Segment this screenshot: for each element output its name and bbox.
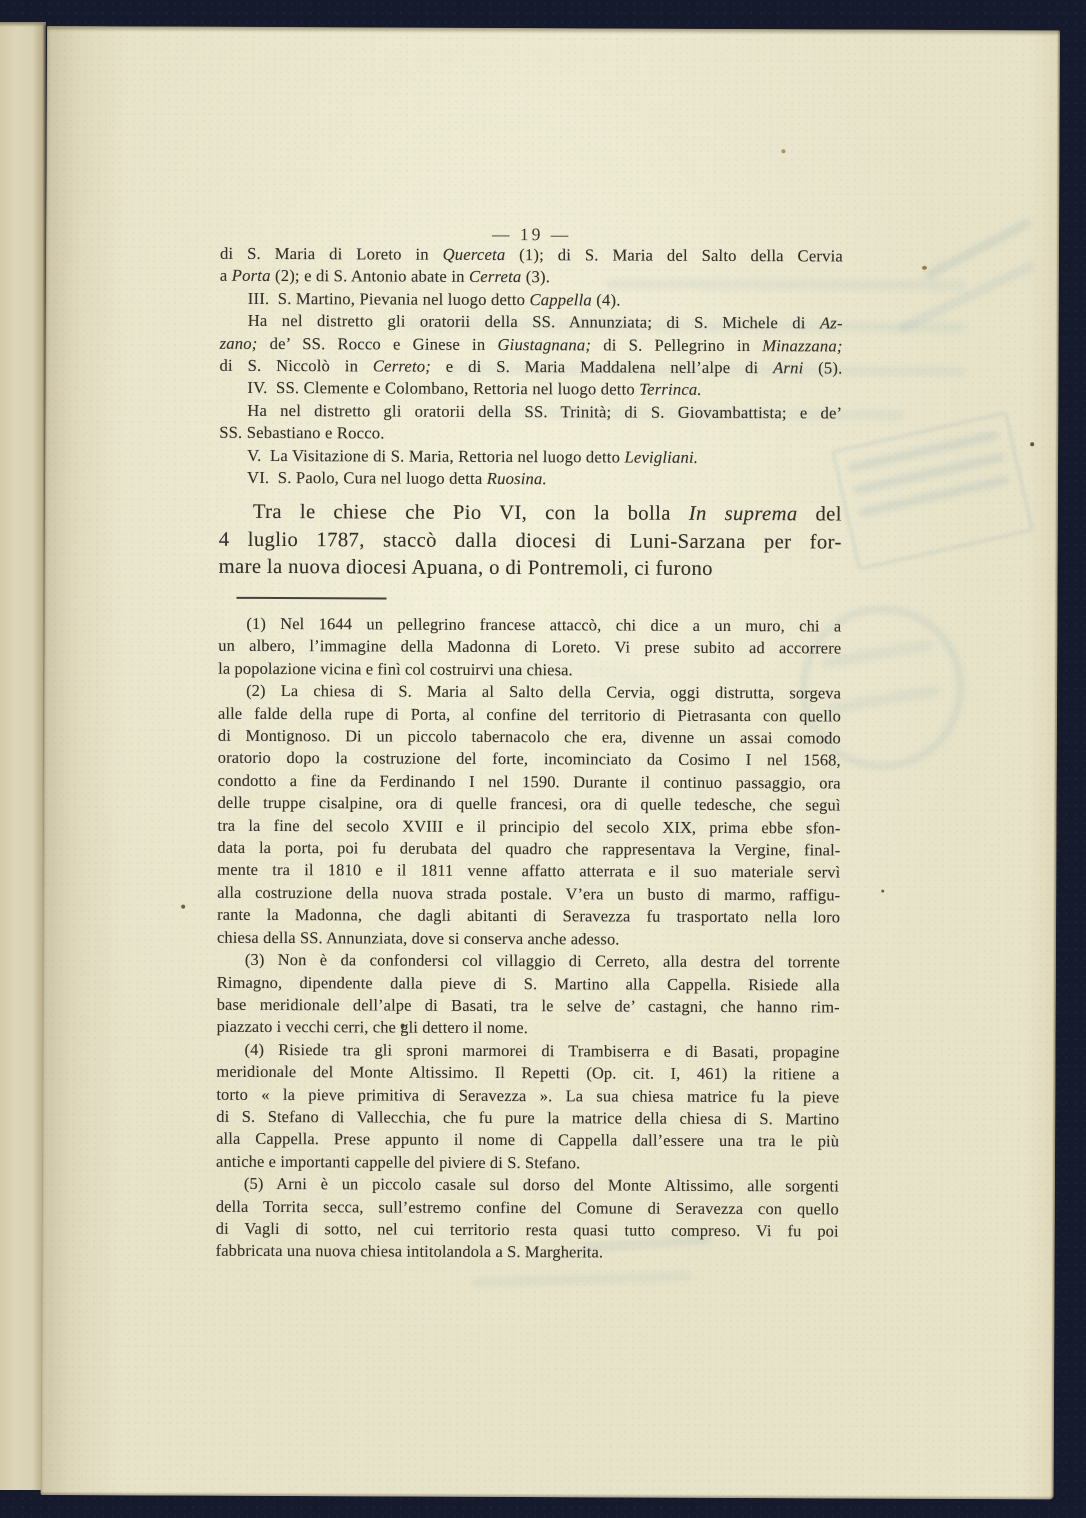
text-line: oratorio dopo la costruzione del forte, … — [218, 747, 841, 772]
scanned-book-photo: { "page": { "number": "— 19 —" }, "color… — [0, 0, 1086, 1518]
text-line: piazzato i vecchi cerri, che gli dettero… — [217, 1016, 840, 1041]
text-line: data la porta, poi fu derubata del quadr… — [217, 837, 840, 862]
text-line: delle truppe cisalpine, ora di quelle fr… — [218, 792, 841, 817]
text-line: VI. S. Paolo, Cura nel luogo detta Ruosi… — [219, 467, 842, 492]
text-line: di Montignoso. Di un piccolo tabernacolo… — [218, 725, 841, 750]
text-line: alla costruzione della nuova strada post… — [217, 882, 840, 907]
main-paragraph-text: Tra le chiese che Pio VI, con la bolla I… — [219, 499, 842, 584]
previous-page-edge — [0, 22, 46, 1490]
text-line: Rimagno, dipendente dalla pieve di S. Ma… — [217, 971, 840, 996]
text-line: Ha nel distretto gli oratorii della SS. … — [219, 400, 842, 425]
text-line: alla Cappella. Prese appunto il nome di … — [216, 1128, 839, 1153]
text-line: antiche e importanti cappelle del pivier… — [216, 1150, 839, 1175]
text-line: SS. Sebastiano e Rocco. — [219, 422, 842, 447]
text-line: rante la Madonna, che dagli abitanti di … — [217, 904, 840, 929]
text-line: condotto a fine da Ferdinando I nel 1590… — [218, 770, 841, 795]
dust-speck — [781, 149, 785, 153]
text-line: IV. SS. Clemente e Colombano, Rettoria n… — [219, 377, 842, 402]
text-line: mare la nuova diocesi Apuana, o di Pontr… — [219, 554, 842, 584]
text-line: base meridionale dell’alpe di Basati, tr… — [217, 994, 840, 1019]
text-line: V. La Visitazione di S. Maria, Rettoria … — [219, 444, 842, 469]
text-line: 4 luglio 1787, staccò dalla diocesi di L… — [219, 526, 842, 556]
book-page: — 19 — di S. Maria di Loreto in Querceta… — [41, 26, 1060, 1499]
text-line: (4) Risiede tra gli sproni marmorei di T… — [216, 1038, 839, 1063]
text-line: di S. Niccolò in Cerreto; e di S. Maria … — [219, 355, 842, 380]
text-line: torto « la pieve primitiva di Seravezza … — [216, 1083, 839, 1108]
text-line: alle falde della rupe di Porta, al confi… — [218, 702, 841, 727]
church-list-text: di S. Maria di Loreto in Querceta (1); d… — [219, 243, 843, 492]
text-line: zano; de’ SS. Rocco e Ginese in Giustagn… — [220, 332, 843, 357]
text-line: la popolazione vicina e finì col costrui… — [218, 658, 841, 683]
text-line: (5) Arni è un piccolo casale sul dorso d… — [216, 1173, 839, 1198]
dust-speck — [881, 890, 884, 893]
text-line: Ha nel distretto gli oratorii della SS. … — [220, 310, 843, 335]
text-line: fabbricata una nuova chiesa intitolandol… — [216, 1240, 839, 1265]
text-line: di S. Stefano di Vallecchia, che fu pure… — [216, 1106, 839, 1131]
text-line: di Vagli di sotto, nel cui territorio re… — [216, 1218, 839, 1243]
text-line: chiesa della SS. Annunziata, dove si con… — [217, 926, 840, 951]
text-line: tra la fine del secolo XVIII e il princi… — [217, 814, 840, 839]
text-line: mente tra il 1810 e il 1811 venne affatt… — [217, 859, 840, 884]
text-line: (3) Non è da confondersi col villaggio d… — [217, 949, 840, 974]
dust-speck — [1030, 442, 1034, 446]
text-line: Tra le chiese che Pio VI, con la bolla I… — [219, 499, 842, 529]
dust-speck — [922, 266, 927, 270]
text-line: a Porta (2); e di S. Antonio abate in Ce… — [220, 265, 843, 290]
text-line: (2) La chiesa di S. Maria al Salto della… — [218, 680, 841, 705]
dust-speck — [181, 905, 185, 909]
text-line: di S. Maria di Loreto in Querceta (1); d… — [220, 243, 843, 268]
text-line: meridionale del Monte Altissimo. Il Repe… — [216, 1061, 839, 1086]
text-line: della Torrita secca, sull’estremo confin… — [216, 1195, 839, 1220]
footnotes-text: (1) Nel 1644 un pellegrino francese atta… — [216, 613, 842, 1265]
text-line: III. S. Martino, Pievania nel luogo dett… — [220, 288, 843, 313]
text-line: (1) Nel 1644 un pellegrino francese atta… — [218, 613, 841, 638]
text-line: un albero, l’immagine della Madonna di L… — [218, 635, 841, 660]
